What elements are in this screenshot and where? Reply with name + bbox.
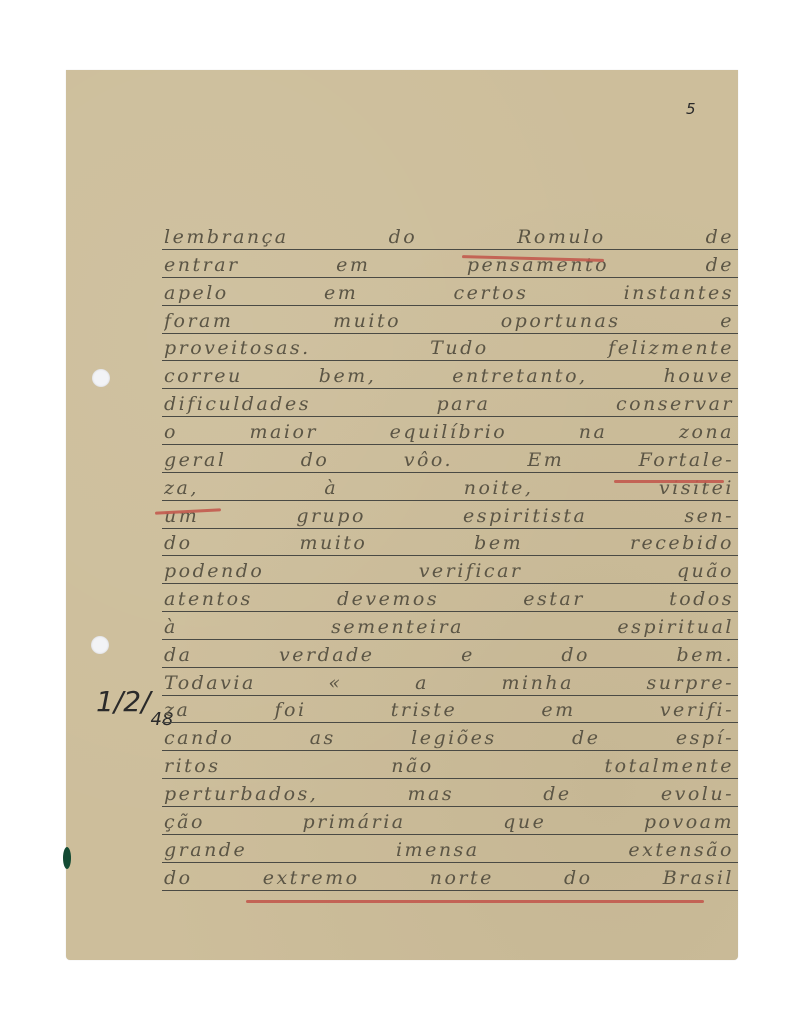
text-line: foram muito oportunas e: [162, 306, 738, 334]
text-line: za foi triste em verifi-: [162, 696, 738, 724]
text-line: grande imensa extensão: [162, 835, 738, 863]
punch-hole-top: [92, 369, 110, 387]
text-line: correu bem, entretanto, houve: [162, 361, 738, 389]
text-line: dificuldades para conservar: [162, 389, 738, 417]
red-underline-extremo-norte: [246, 900, 704, 903]
ink-stain-mark: [63, 847, 71, 869]
red-underline-fortaleza: [614, 480, 724, 483]
text-line: à sementeira espiritual: [162, 612, 738, 640]
text-line: um grupo espiritista sen-: [162, 501, 738, 529]
text-line: ção primária que povoam: [162, 807, 738, 835]
text-line: Todavia « a minha surpre-: [162, 668, 738, 696]
manuscript-page: 5 1/2/48 lembrança do Romulo de entrar e…: [66, 70, 738, 960]
text-line: atentos devemos estar todos: [162, 584, 738, 612]
text-line: cando as legiões de espí-: [162, 724, 738, 752]
text-line: podendo verificar quão: [162, 556, 738, 584]
text-line: geral do vôo. Em Fortale-: [162, 445, 738, 473]
punch-hole-bottom: [91, 636, 109, 654]
text-line: ritos não totalmente: [162, 751, 738, 779]
text-line: o maior equilíbrio na zona: [162, 417, 738, 445]
text-line: proveitosas. Tudo felizmente: [162, 334, 738, 362]
text-line: za, à noite, visitei: [162, 473, 738, 501]
ruled-text-block: lembrança do Romulo de entrar em pensame…: [162, 70, 738, 960]
text-line: lembrança do Romulo de: [162, 222, 738, 250]
text-line: entrar em pensamento de: [162, 250, 738, 278]
text-line: da verdade e do bem.: [162, 640, 738, 668]
text-line: do muito bem recebido: [162, 529, 738, 557]
text-line: apelo em certos instantes: [162, 278, 738, 306]
text-line: do extremo norte do Brasil: [162, 863, 738, 891]
text-line: perturbados, mas de evolu-: [162, 779, 738, 807]
